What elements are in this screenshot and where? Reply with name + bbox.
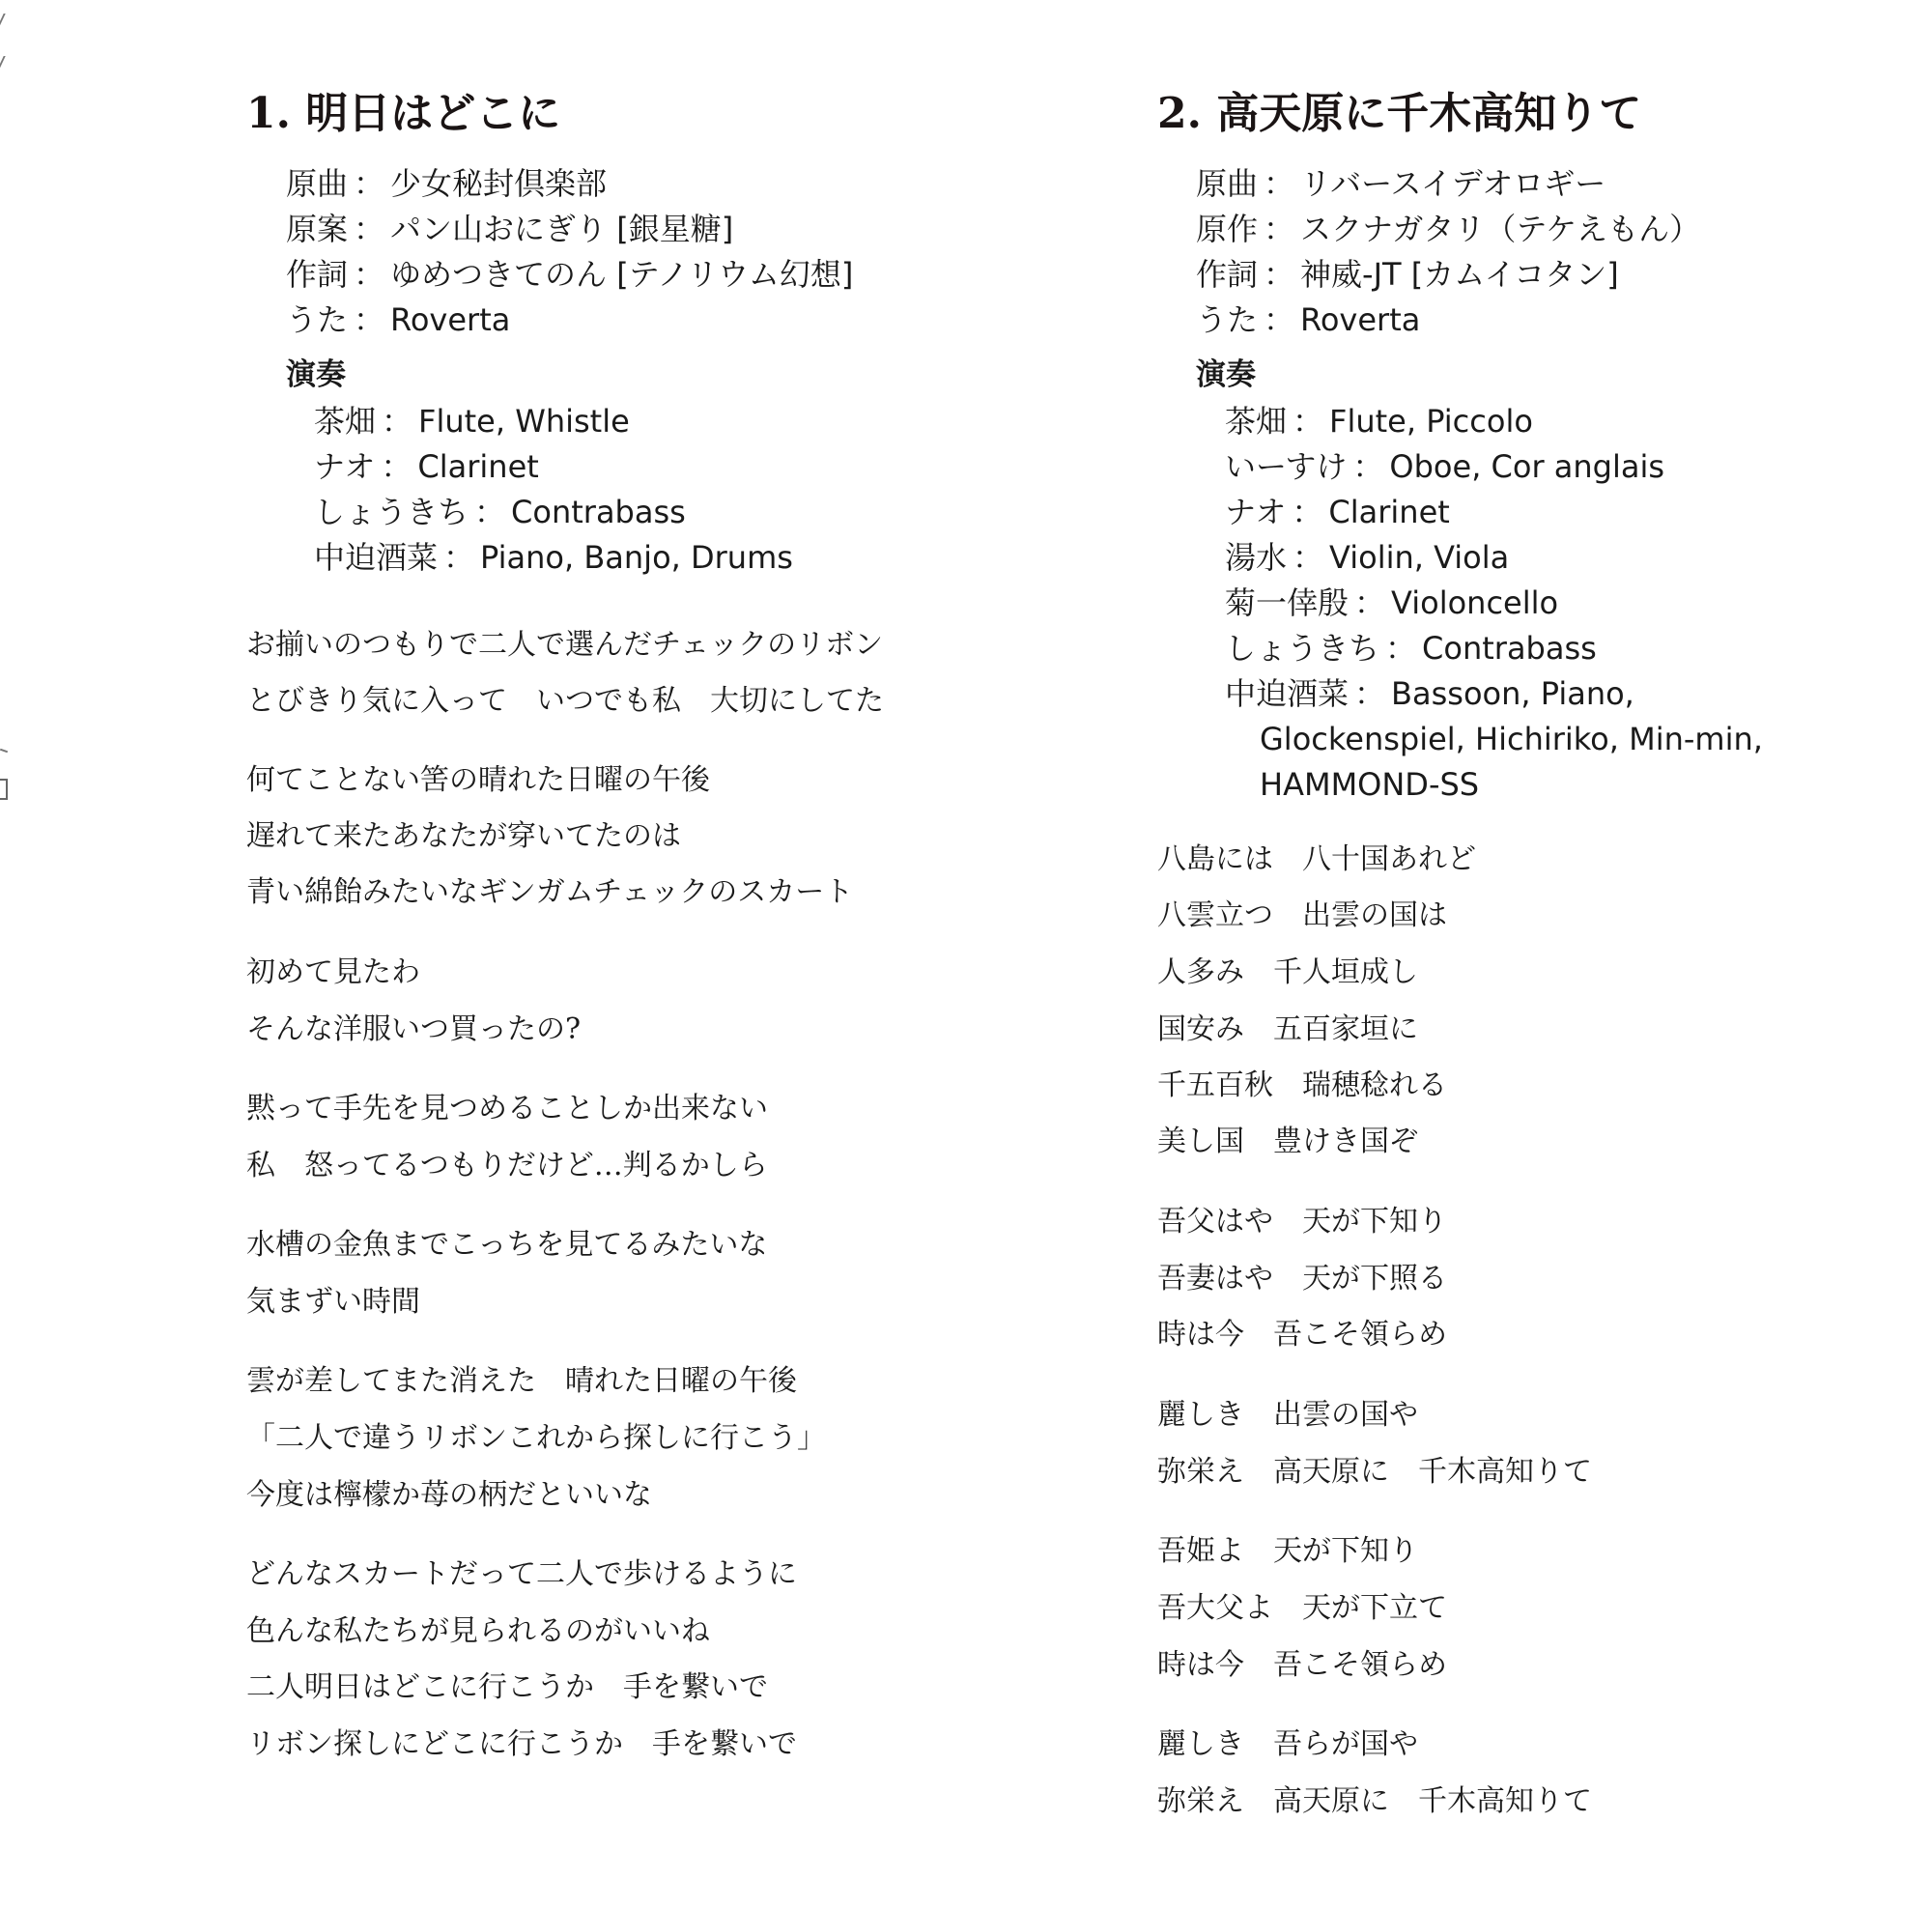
- credit-value: 神威-JT [カムイコタン]: [1300, 256, 1619, 293]
- credit-value: Roverta: [1300, 301, 1420, 338]
- credit-original-song: 原曲：リバースイデオロギー: [1196, 168, 1605, 199]
- performer-instruments: Contrabass: [1422, 630, 1597, 667]
- credit-vocal: うた：Roverta: [1196, 304, 1420, 335]
- lyric-line: 雲が差してまた消えた 晴れた日曜の午後: [246, 1367, 797, 1396]
- credit-vocal: うた：Roverta: [286, 304, 510, 335]
- performer-instruments: Contrabass: [511, 494, 686, 530]
- performer-instruments-continued: Glockenspiel, Hichiriko, Min-min,: [1260, 724, 1763, 755]
- lyric-line: 千五百秋 瑞穂稔れる: [1157, 1071, 1447, 1100]
- lyric-line: 吾姫よ 天が下知り: [1157, 1537, 1418, 1566]
- credit-label: うた: [286, 301, 348, 338]
- lyric-line: 弥栄え 高天原に 千木高知りて: [1157, 1787, 1592, 1816]
- credit-value: 少女秘封倶楽部: [390, 165, 607, 202]
- performer-name: ナオ: [314, 448, 375, 485]
- lyric-line: 弥栄え 高天原に 千木高知りて: [1157, 1458, 1592, 1487]
- performance-heading: 演奏: [286, 360, 346, 390]
- performer-name: 茶畑: [1225, 403, 1287, 440]
- performer-row: いーすけ：Oboe, Cor anglais: [1225, 451, 1664, 482]
- performer-instruments: Violin, Viola: [1329, 539, 1509, 576]
- performer-instruments: Clarinet: [1328, 494, 1449, 530]
- credit-value: パン山おにぎり [銀星糖]: [390, 211, 733, 247]
- credit-value: Roverta: [390, 301, 510, 338]
- performer-name: 中迫酒菜: [1225, 675, 1349, 712]
- credit-label: 作詞: [1196, 256, 1258, 293]
- performer-name: ナオ: [1225, 494, 1286, 530]
- lyric-line: 遅れて来たあなたが穿いてたのは: [246, 822, 681, 851]
- credit-original-concept: 原案：パン山おにぎり [銀星糖]: [286, 214, 733, 244]
- performer-row: しょうきち：Contrabass: [314, 497, 686, 527]
- performer-instruments: Piano, Banjo, Drums: [480, 539, 793, 576]
- performer-instruments: Bassoon, Piano,: [1391, 675, 1634, 712]
- page-edge-mark: [0, 779, 8, 800]
- performer-instruments: Flute, Piccolo: [1329, 403, 1533, 440]
- credit-label: 作詞: [286, 256, 348, 293]
- lyric-line: 時は今 吾こそ領らめ: [1157, 1321, 1447, 1350]
- performer-instruments-continued: HAMMOND-SS: [1260, 769, 1479, 800]
- lyric-line: 吾妻はや 天が下照る: [1157, 1265, 1447, 1294]
- performer-name: 中迫酒菜: [314, 539, 438, 576]
- credit-lyricist: 作詞：ゆめつきてのん [テノリウム幻想]: [286, 259, 853, 290]
- credit-label: 原曲: [1196, 165, 1258, 202]
- lyric-line: 二人明日はどこに行こうか 手を繋いで: [246, 1673, 768, 1702]
- credit-value: リバースイデオロギー: [1300, 165, 1605, 202]
- page-edge-mark: [0, 749, 8, 754]
- lyric-line: 吾大父よ 天が下立て: [1157, 1594, 1447, 1623]
- performer-row: 菊一倖殷：Violoncello: [1225, 587, 1558, 618]
- performer-name: 茶畑: [314, 403, 376, 440]
- lyric-line: 麗しき 出雲の国や: [1157, 1401, 1418, 1430]
- performer-row: 湯水：Violin, Viola: [1225, 542, 1509, 573]
- performer-name: いーすけ: [1225, 448, 1347, 485]
- lyric-line: 気まずい時間: [246, 1288, 420, 1317]
- performer-name: しょうきち: [314, 494, 469, 530]
- performer-row: 茶畑：Flute, Piccolo: [1225, 406, 1533, 437]
- performer-row: ナオ：Clarinet: [314, 451, 539, 482]
- lyric-line: 「二人で違うリボンこれから探しに行こう」: [246, 1424, 826, 1453]
- lyric-line: お揃いのつもりで二人で選んだチェックのリボン: [246, 631, 883, 660]
- performer-name: 湯水: [1225, 539, 1287, 576]
- credit-original-work: 原作：スクナガタリ（テケえもん）: [1196, 214, 1700, 244]
- performer-row: 中迫酒菜：Piano, Banjo, Drums: [314, 542, 793, 573]
- performer-instruments: Violoncello: [1391, 584, 1558, 621]
- song-title: 2. 高天原に千木高知りて: [1157, 93, 1641, 135]
- page-edge-mark: [0, 56, 19, 71]
- lyric-line: 水槽の金魚までこっちを見てるみたいな: [246, 1231, 767, 1260]
- lyric-line: 吾父はや 天が下知り: [1157, 1208, 1447, 1237]
- performer-row: 中迫酒菜：Bassoon, Piano,: [1225, 678, 1634, 709]
- page-edge-mark: [0, 14, 19, 29]
- performer-instruments: Oboe, Cor anglais: [1389, 448, 1664, 485]
- lyric-line: 初めて見たわ: [246, 958, 420, 987]
- performance-heading: 演奏: [1196, 360, 1256, 390]
- lyric-line: 今度は檸檬か苺の柄だといいな: [246, 1481, 652, 1510]
- lyric-line: 八雲立つ 出雲の国は: [1157, 901, 1447, 930]
- credit-original-song: 原曲：少女秘封倶楽部: [286, 168, 607, 199]
- booklet-page: 1. 明日はどこに 原曲：少女秘封倶楽部 原案：パン山おにぎり [銀星糖] 作詞…: [0, 0, 1932, 1908]
- credit-label: 原案: [286, 211, 348, 247]
- credit-value: ゆめつきてのん [テノリウム幻想]: [390, 256, 853, 293]
- credit-value: スクナガタリ（テケえもん）: [1300, 211, 1700, 247]
- credit-label: うた: [1196, 301, 1258, 338]
- credit-label: 原曲: [286, 165, 348, 202]
- lyric-line: 青い綿飴みたいなギンガムチェックのスカート: [246, 878, 853, 907]
- performer-row: 茶畑：Flute, Whistle: [314, 406, 630, 437]
- performer-instruments: Flute, Whistle: [418, 403, 630, 440]
- performer-row: ナオ：Clarinet: [1225, 497, 1450, 527]
- lyric-line: 人多み 千人垣成し: [1157, 958, 1418, 987]
- lyric-line: 何てことない筈の晴れた日曜の午後: [246, 766, 710, 795]
- lyric-line: 国安み 五百家垣に: [1157, 1015, 1418, 1044]
- performer-name: 菊一倖殷: [1225, 584, 1349, 621]
- lyric-line: 八島には 八十国あれど: [1157, 845, 1476, 874]
- lyric-line: 色んな私たちが見られるのがいいね: [246, 1617, 710, 1646]
- lyric-line: とびきり気に入って いつでも私 大切にしてた: [246, 687, 884, 716]
- song-title: 1. 明日はどこに: [246, 93, 560, 135]
- performer-name: しょうきち: [1225, 630, 1379, 667]
- performer-row: しょうきち：Contrabass: [1225, 633, 1597, 664]
- lyric-line: そんな洋服いつ買ったの?: [246, 1015, 581, 1044]
- lyric-line: 黙って手先を見つめることしか出来ない: [246, 1095, 768, 1124]
- credit-label: 原作: [1196, 211, 1258, 247]
- lyric-line: 美し国 豊けき国ぞ: [1157, 1127, 1418, 1156]
- lyric-line: 時は今 吾こそ領らめ: [1157, 1651, 1447, 1680]
- lyric-line: 麗しき 吾らが国や: [1157, 1730, 1418, 1759]
- lyric-line: 私 怒ってるつもりだけど…判るかしら: [246, 1152, 768, 1181]
- lyric-line: リボン探しにどこに行こうか 手を繋いで: [246, 1730, 797, 1759]
- lyric-line: どんなスカートだって二人で歩けるように: [246, 1560, 797, 1589]
- credit-lyricist: 作詞：神威-JT [カムイコタン]: [1196, 259, 1619, 290]
- performer-instruments: Clarinet: [417, 448, 538, 485]
